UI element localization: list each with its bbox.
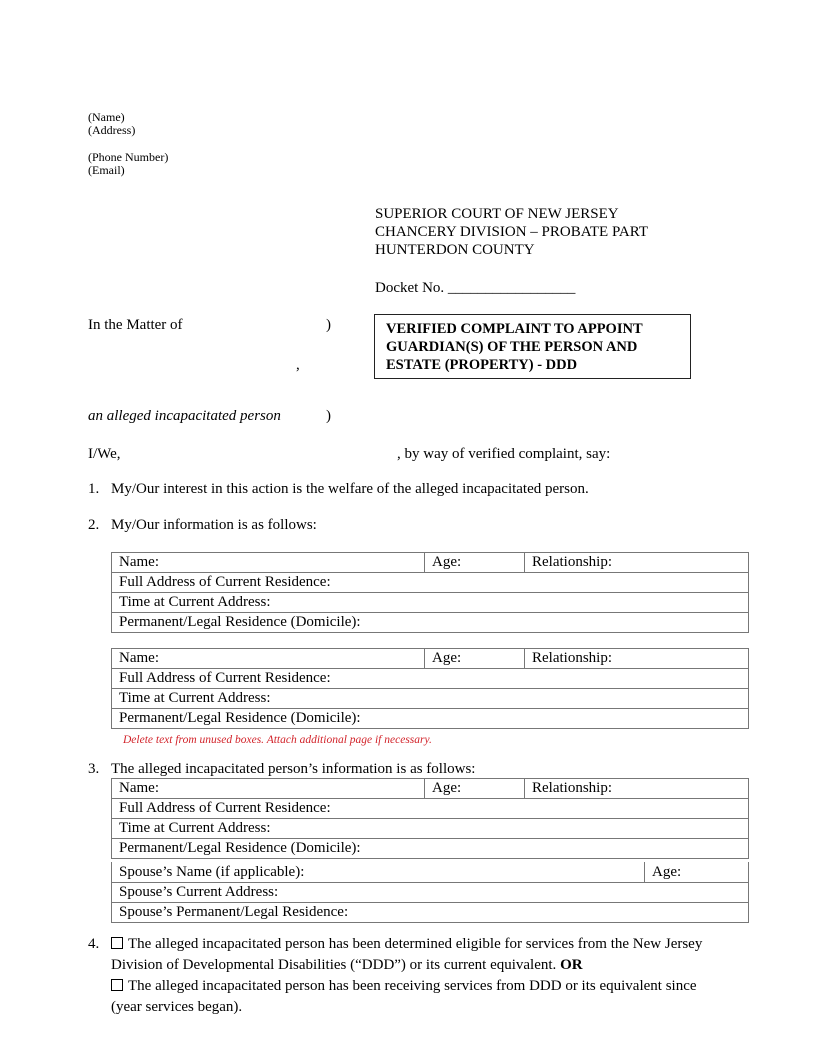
spouse-domicile-field[interactable]: Spouse’s Permanent/Legal Residence: [112,902,749,922]
item-4-option-1: The alleged incapacitated person has bee… [111,935,702,953]
document-title-line: VERIFIED COMPLAINT TO APPOINT [386,320,690,338]
item-3-text: The alleged incapacitated person’s infor… [111,760,475,778]
incapacitated-person-table: Name: Age: Relationship: Full Address of… [111,778,749,859]
item-4-option-2-text: The alleged incapacitated person has bee… [128,978,697,994]
intro-rest: , by way of verified complaint, say: [397,445,610,463]
aip-relationship-field[interactable]: Relationship: [525,779,749,799]
item-1-number: 1. [88,480,99,498]
item-4-option-1-cont: Division of Developmental Disabilities (… [111,956,583,974]
court-name: SUPERIOR COURT OF NEW JERSEY [375,205,619,223]
spouse-table: Spouse’s Name (if applicable): Age: Spou… [111,862,749,923]
petitioner-2-age-field[interactable]: Age: [425,649,525,669]
alleged-incapacitated-label: an alleged incapacitated person [88,407,281,425]
filer-address-label: (Address) [88,124,135,137]
petitioner-2-domicile-field[interactable]: Permanent/Legal Residence (Domicile): [112,709,749,729]
petitioner-1-domicile-field[interactable]: Permanent/Legal Residence (Domicile): [112,613,749,633]
petitioner-2-time-field[interactable]: Time at Current Address: [112,689,749,709]
petitioner-1-relationship-field[interactable]: Relationship: [525,553,749,573]
petitioner-1-address-field[interactable]: Full Address of Current Residence: [112,573,749,593]
item-2-number: 2. [88,516,99,534]
petitioner-2-table: Name: Age: Relationship: Full Address of… [111,648,749,729]
aip-address-field[interactable]: Full Address of Current Residence: [112,799,749,819]
filer-email-label: (Email) [88,164,125,177]
spouse-address-field[interactable]: Spouse’s Current Address: [112,882,749,902]
item-4-option-2: The alleged incapacitated person has bee… [111,977,697,995]
spouse-name-field[interactable]: Spouse’s Name (if applicable): [112,862,645,882]
petitioner-1-table: Name: Age: Relationship: Full Address of… [111,552,749,633]
item-4-number: 4. [88,935,99,953]
intro-iwe: I/We, [88,445,121,463]
aip-age-field[interactable]: Age: [425,779,525,799]
item-4-option-2-cont: (year services began). [111,998,242,1016]
petitioner-1-age-field[interactable]: Age: [425,553,525,573]
aip-name-field[interactable]: Name: [112,779,425,799]
instruction-note: Delete text from unused boxes. Attach ad… [123,734,432,746]
petitioner-1-name-field[interactable]: Name: [112,553,425,573]
petitioner-2-relationship-field[interactable]: Relationship: [525,649,749,669]
petitioner-2-address-field[interactable]: Full Address of Current Residence: [112,669,749,689]
court-county: HUNTERDON COUNTY [375,241,535,259]
document-title-box: VERIFIED COMPLAINT TO APPOINT GUARDIAN(S… [374,314,691,379]
caption-paren-2: ) [326,407,331,425]
in-matter-of-label: In the Matter of [88,316,183,334]
court-division: CHANCERY DIVISION – PROBATE PART [375,223,648,241]
or-label: OR [560,957,583,973]
item-4-option-1-text: The alleged incapacitated person has bee… [128,936,702,952]
caption-comma: , [296,356,300,374]
docket-number-field[interactable]: Docket No. _________________ [375,279,575,297]
ddd-receiving-checkbox[interactable] [111,979,123,991]
spouse-age-field[interactable]: Age: [645,862,749,882]
caption-paren: ) [326,316,331,334]
petitioner-2-name-field[interactable]: Name: [112,649,425,669]
document-title-line: GUARDIAN(S) OF THE PERSON AND [386,338,690,356]
document-title-line: ESTATE (PROPERTY) - DDD [386,356,690,374]
aip-time-field[interactable]: Time at Current Address: [112,819,749,839]
petitioner-1-time-field[interactable]: Time at Current Address: [112,593,749,613]
item-4-option-1-text-cont: Division of Developmental Disabilities (… [111,957,556,973]
item-2-text: My/Our information is as follows: [111,516,317,534]
aip-domicile-field[interactable]: Permanent/Legal Residence (Domicile): [112,839,749,859]
ddd-eligible-checkbox[interactable] [111,937,123,949]
item-1-text: My/Our interest in this action is the we… [111,480,589,498]
item-3-number: 3. [88,760,99,778]
